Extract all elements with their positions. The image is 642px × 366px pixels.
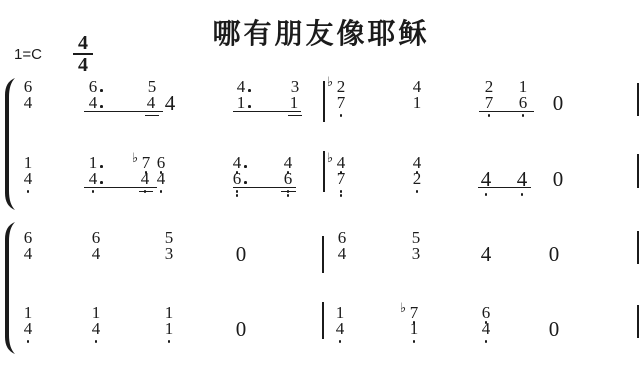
note: 4 [482, 320, 491, 337]
note: 4 [24, 170, 33, 187]
barline [637, 231, 639, 264]
flat-sign: ♭ [327, 75, 333, 88]
note: 1 [290, 94, 299, 111]
octave-dot [95, 340, 98, 343]
octave-dot [488, 114, 491, 117]
duration-dot [100, 105, 103, 108]
octave-dot [92, 190, 95, 193]
barline [322, 302, 324, 339]
barline [322, 236, 324, 273]
note: 1 [413, 94, 422, 111]
octave-dot [485, 340, 488, 343]
note: 7 [337, 94, 346, 111]
barline [637, 83, 639, 116]
duration-dot [248, 89, 251, 92]
flat-sign: ♭ [400, 301, 406, 314]
beam-underline [84, 187, 157, 188]
note: 4 [147, 94, 156, 111]
duration-dot [248, 105, 251, 108]
barline [637, 305, 639, 338]
octave-dot [340, 194, 343, 197]
beam-underline [478, 187, 531, 188]
note: 6 [233, 170, 242, 187]
note: 1 [410, 320, 419, 337]
duration-dot [100, 165, 103, 168]
note: 4 [336, 320, 345, 337]
octave-dot [339, 340, 342, 343]
octave-dot [27, 190, 30, 193]
beam-underline [281, 191, 296, 192]
note: 4 [24, 320, 33, 337]
beam-underline [233, 111, 301, 112]
note: 4 [89, 170, 98, 187]
note: 4 [92, 320, 101, 337]
beam-underline [145, 115, 159, 116]
note: 0 [553, 169, 564, 190]
note: 6 [284, 170, 293, 187]
note: 3 [412, 245, 421, 262]
note: 4 [141, 170, 150, 187]
beam-underline [479, 111, 534, 112]
note: 6 [519, 94, 528, 111]
flat-sign: ♭ [132, 151, 138, 164]
note: 4 [157, 170, 166, 187]
note: 1 [237, 94, 246, 111]
beam-underline [288, 115, 302, 116]
octave-dot [416, 190, 419, 193]
octave-dot [522, 114, 525, 117]
barline [637, 154, 639, 188]
note: 4 [481, 244, 492, 265]
note: 1 [165, 320, 174, 337]
octave-dot [160, 190, 163, 193]
note: 4 [338, 245, 347, 262]
note: 0 [553, 93, 564, 114]
beam-underline [84, 111, 163, 112]
note: 0 [549, 319, 560, 340]
note: 0 [549, 244, 560, 265]
octave-dot [485, 193, 488, 196]
octave-dot [27, 340, 30, 343]
octave-dot [236, 194, 239, 197]
note: 0 [236, 244, 247, 265]
sheet-music-page: { "title": "哪有朋友像耶稣", "key_signature": "… [0, 0, 642, 366]
octave-dot [413, 340, 416, 343]
note: 2 [413, 170, 422, 187]
score: 646454441312♭7412716014147♭46446464♭7424… [0, 0, 642, 366]
barline [323, 81, 325, 122]
octave-dot [521, 193, 524, 196]
note: 4 [24, 245, 33, 262]
octave-dot [340, 114, 343, 117]
note: 0 [236, 319, 247, 340]
duration-dot [244, 181, 247, 184]
note: 4 [89, 94, 98, 111]
duration-dot [244, 165, 247, 168]
octave-dot [287, 194, 290, 197]
duration-dot [100, 181, 103, 184]
octave-dot [340, 190, 343, 193]
note: 3 [165, 245, 174, 262]
note: 4 [165, 93, 176, 114]
octave-dot [236, 190, 239, 193]
note: 7 [485, 94, 494, 111]
beam-underline [139, 191, 153, 192]
barline [323, 151, 325, 192]
beam-underline [233, 187, 296, 188]
octave-dot [168, 340, 171, 343]
note: 4 [24, 94, 33, 111]
duration-dot [100, 89, 103, 92]
note: 4 [92, 245, 101, 262]
system-brace [2, 221, 18, 360]
flat-sign: ♭ [327, 151, 333, 164]
system-brace [2, 77, 18, 216]
note: 7 [337, 170, 346, 187]
